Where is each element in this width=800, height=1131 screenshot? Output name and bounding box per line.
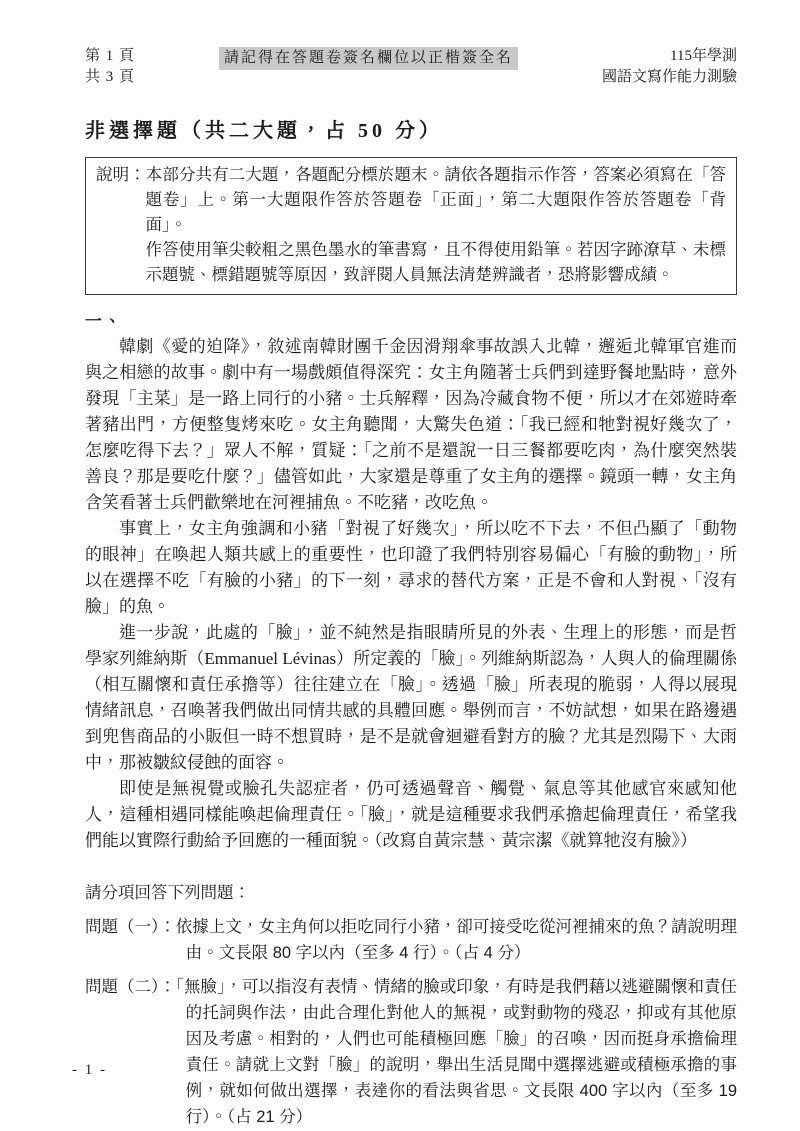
instruction-label: 說明： [96,165,146,184]
reading-paragraph: 韓劇《愛的迫降》，敘述南韓財團千金因滑翔傘事故誤入北韓，邂逅北韓軍官進而與之相戀… [85,334,737,516]
instruction-part2: 作答使用筆尖較粗之黑色墨水的筆書寫，且不得使用鉛筆。若因字跡潦草、未標示題號、標… [96,237,726,287]
reading-paragraph: 進一步說，此處的「臉」，並不純然是指眼睛所見的外表、生理上的形態，而是哲學家列維… [85,620,737,776]
question-2-text: 「無臉」，可以指沒有表情、情緒的臉或印象，有時是我們藉以逃避關懷和責任的托詞與作… [176,978,737,1126]
questions-prompt: 請分項回答下列問題： [85,880,737,906]
reading-paragraph: 即使是無視覺或臉孔失認症者，仍可透過聲音、觸覺、氣息等其他感官來感知他人，這種相… [85,776,737,854]
exam-year: 115年學測 [602,46,737,67]
question-2-label: 問題（二）： [85,978,176,996]
page-header: 第 1 頁 共 3 頁 請記得在答題卷簽名欄位以正楷簽全名 115年學測 國語文… [85,46,737,88]
question-item-2: 問題（二）：「無臉」，可以指沒有表情、情緒的臉或印象，有時是我們藉以逃避關懷和責… [85,974,737,1130]
reading-paragraph: 事實上，女主角強調和小豬「對視了好幾次」，所以吃不下去，不但凸顯了「動物的眼神」… [85,516,737,620]
instruction-text-1: 本部分共有二大題，各題配分標於題末。請依各題指示作答，答案必須寫在「答題卷」上。… [146,165,727,234]
exam-name: 國語文寫作能力測驗 [602,67,737,88]
section-marker: 一、 [85,307,737,332]
page-indicator: 第 1 頁 共 3 頁 [85,46,135,88]
exam-info: 115年學測 國語文寫作能力測驗 [602,46,737,88]
instruction-part1: 說明：本部分共有二大題，各題配分標於題末。請依各題指示作答，答案必須寫在「答題卷… [96,162,726,237]
signature-notice: 請記得在答題卷簽名欄位以正楷簽全名 [219,47,518,70]
question-1-label: 問題（一）： [85,918,176,936]
footer-page-number: - 1 - [72,1062,107,1079]
question-1-text: 依據上文，女主角何以拒吃同行小豬，卻可接受吃從河裡捕來的魚？請說明理由。文長限 … [176,918,737,962]
exam-page: 第 1 頁 共 3 頁 請記得在答題卷簽名欄位以正楷簽全名 115年學測 國語文… [0,0,800,1131]
document-title: 非選擇題（共二大題，占 50 分） [85,114,737,143]
question-item-1: 問題（一）：依據上文，女主角何以拒吃同行小豬，卻可接受吃從河裡捕來的魚？請說明理… [85,914,737,966]
instruction-box: 說明：本部分共有二大題，各題配分標於題末。請依各題指示作答，答案必須寫在「答題卷… [85,157,737,295]
